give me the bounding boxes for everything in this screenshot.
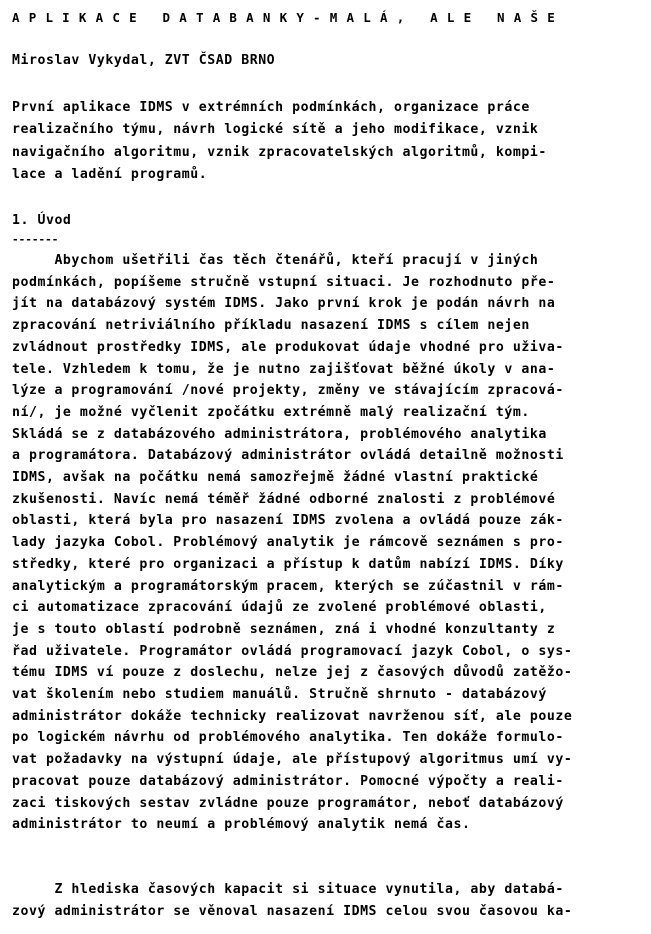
text-line: Z hlediska časových kapacit si situace v…: [12, 882, 564, 898]
text-line: vat školením nebo studiem manuálů. Struč…: [12, 687, 547, 703]
text-line: IDMS, avšak na počátku nemá samozřejmě ž…: [12, 470, 538, 486]
text-line: zvládnout prostředky IDMS, ale produkova…: [12, 340, 564, 356]
author-line: Miroslav Vykydal, ZVT ČSAD BRNO: [12, 53, 275, 69]
text-line: administrátor to neumí a problémový anal…: [12, 817, 470, 833]
text-line: lady jazyka Cobol. Problémový analytik j…: [12, 535, 564, 551]
text-line: analytickým a programátorským pracem, kt…: [12, 579, 564, 595]
text-line: tele. Vzhledem k tomu, že je nutno zajiš…: [12, 362, 555, 378]
text-line: navigačního algoritmu, vznik zpracovatel…: [12, 145, 547, 161]
text-line: řad uživatele. Programátor ovládá progra…: [12, 644, 572, 660]
text-line: podmínkách, popíšeme stručně vstupní sit…: [12, 275, 555, 291]
text-line: zaci tiskových sestav zvládne pouze prog…: [12, 796, 564, 812]
text-line: realizačního týmu, návrh logické sítě a …: [12, 122, 538, 138]
text-line: lýze a programování /nové projekty, změn…: [12, 383, 564, 399]
text-line: ci automatizace zpracování údajů ze zvol…: [12, 600, 547, 616]
document-title: APLIKACE DATABANKY-MALÁ, ALE NAŠE: [12, 10, 564, 26]
text-line: Abychom ušetřili čas těch čtenářů, kteří…: [12, 253, 538, 269]
text-line: První aplikace IDMS v extrémních podmínk…: [12, 100, 530, 116]
text-line: Skládá se z databázového administrátora,…: [12, 427, 547, 443]
text-line: lace a ladění programů.: [12, 167, 207, 183]
section-heading: 1. Úvod: [12, 213, 71, 229]
text-line: vat požadavky na výstupní údaje, ale pří…: [12, 752, 572, 768]
text-line: po logickém návrhu od problémového analy…: [12, 730, 564, 746]
text-line: zkušenosti. Navíc nemá téměř žádné odbor…: [12, 492, 555, 508]
text-line: a programátora. Databázový administrátor…: [12, 448, 564, 464]
section-underline: -------: [12, 232, 58, 248]
document-page: APLIKACE DATABANKY-MALÁ, ALE NAŠE Mirosl…: [0, 0, 651, 934]
text-line: jít na databázový systém IDMS. Jako prvn…: [12, 296, 555, 312]
text-line: zpracování netriviálního příkladu nasaze…: [12, 318, 530, 334]
text-line: tému IDMS ví pouze z doslechu, nelze jej…: [12, 665, 572, 681]
text-line: administrátor dokáže technicky realizova…: [12, 709, 572, 725]
text-line: oblasti, která byla pro nasazení IDMS zv…: [12, 513, 564, 529]
text-line: pracovat pouze databázový administrátor.…: [12, 774, 564, 790]
text-line: ní/, je možné vyčlenit zpočátku extrémně…: [12, 405, 530, 421]
text-line: zový administrátor se věnoval nasazení I…: [12, 904, 572, 920]
text-line: je s touto oblastí podrobně seznámen, zn…: [12, 622, 555, 638]
text-line: středky, které pro organizaci a přístup …: [12, 557, 564, 573]
